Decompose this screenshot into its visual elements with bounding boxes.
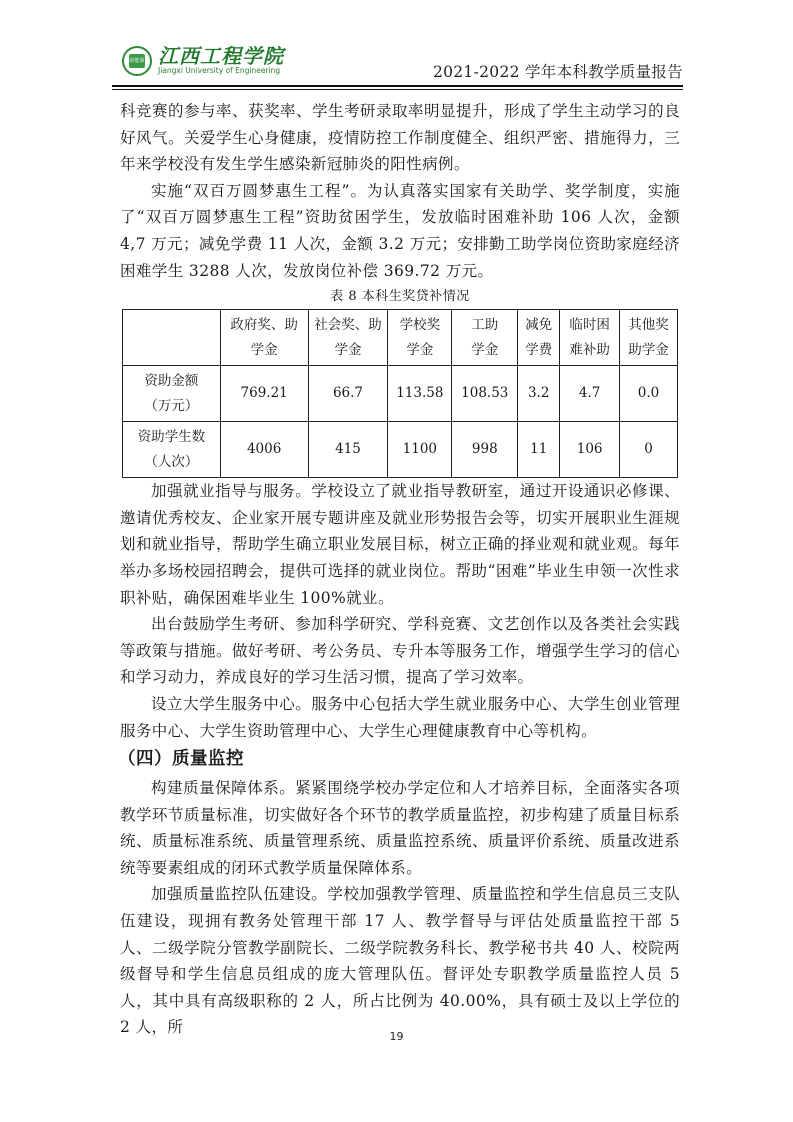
page-number: 19 [0, 1030, 793, 1043]
table-cell: 106 [560, 422, 620, 478]
logo-english-name: Jiangxi University of Engineering [158, 66, 284, 76]
table-cell: 108.53 [452, 366, 518, 422]
table-header-cell: 其他奖助学金 [620, 310, 678, 366]
table-cell: 3.2 [518, 366, 560, 422]
table-header-cell: 减免学费 [518, 310, 560, 366]
paragraph-encourage: 出台鼓励学生考研、参加科学研究、学科竞赛、文艺创作以及各类社会实践等政策与措施。… [120, 611, 680, 691]
table-row-students: 资助学生数（人次） 4006 415 1100 998 11 106 0 [123, 422, 678, 478]
table-header-cell: 社会奖、助学金 [308, 310, 388, 366]
paragraph-quality-team: 加强质量监控队伍建设。学校加强教学管理、质量监控和学生信息员三支队伍建设，现拥有… [120, 881, 680, 1041]
table-cell: 4.7 [560, 366, 620, 422]
table-cell: 0 [620, 422, 678, 478]
table-caption: 表 8 本科生奖贷补情况 [120, 288, 680, 306]
paragraph-employment: 加强就业指导与服务。学校设立了就业指导教研室，通过开设通识必修课、邀请优秀校友、… [120, 478, 680, 611]
table-row-amount: 资助金额（万元） 769.21 66.7 113.58 108.53 3.2 4… [123, 366, 678, 422]
table-header-row: 政府奖、助学金 社会奖、助学金 学校奖学金 工助学金 减免学费 临时困难补助 其… [123, 310, 678, 366]
table-cell: 66.7 [308, 366, 388, 422]
row-label: 资助金额（万元） [123, 366, 221, 422]
table-cell: 415 [308, 422, 388, 478]
scholarship-aid-table: 政府奖、助学金 社会奖、助学金 学校奖学金 工助学金 减免学费 临时困难补助 其… [122, 309, 678, 478]
table-cell: 0.0 [620, 366, 678, 422]
paragraph-quality-system: 构建质量保障体系。紧紧围绕学校办学定位和人才培养目标，全面落实各项教学环节质量标… [120, 775, 680, 881]
table-cell: 4006 [220, 422, 308, 478]
section-heading: （四）质量监控 [118, 746, 680, 772]
page-header: 新能源 江西工程学院 Jiangxi University of Enginee… [112, 38, 683, 93]
page-body: 科竞赛的参与率、获奖率、学生考研录取率明显提升，形成了学生主动学习的良好风气。关… [120, 98, 680, 1041]
university-emblem-icon: 新能源 [122, 46, 152, 76]
table-cell: 769.21 [220, 366, 308, 422]
emblem-text: 新能源 [129, 59, 144, 64]
table-cell: 11 [518, 422, 560, 478]
table-cell: 1100 [388, 422, 452, 478]
header-rule-thick [112, 85, 683, 87]
university-logo: 新能源 江西工程学院 Jiangxi University of Enginee… [122, 46, 284, 76]
table-header-cell [123, 310, 221, 366]
table-header-cell: 政府奖、助学金 [220, 310, 308, 366]
row-label: 资助学生数（人次） [123, 422, 221, 478]
table-header-cell: 工助学金 [452, 310, 518, 366]
table-cell: 998 [452, 422, 518, 478]
table-cell: 113.58 [388, 366, 452, 422]
header-rule-thin [112, 89, 683, 90]
logo-chinese-name: 江西工程学院 [158, 46, 284, 66]
paragraph-continued: 科竞赛的参与率、获奖率、学生考研录取率明显提升，形成了学生主动学习的良好风气。关… [120, 98, 680, 178]
table-header-cell: 临时困难补助 [560, 310, 620, 366]
table-header-cell: 学校奖学金 [388, 310, 452, 366]
report-title: 2021-2022 学年本科教学质量报告 [433, 60, 683, 82]
paragraph-dream-project: 实施“双百万圆梦惠生工程”。为认真落实国家有关助学、奖学制度，实施了“双百万圆梦… [120, 178, 680, 284]
paragraph-service-center: 设立大学生服务中心。服务中心包括大学生就业服务中心、大学生创业管理服务中心、大学… [120, 691, 680, 744]
